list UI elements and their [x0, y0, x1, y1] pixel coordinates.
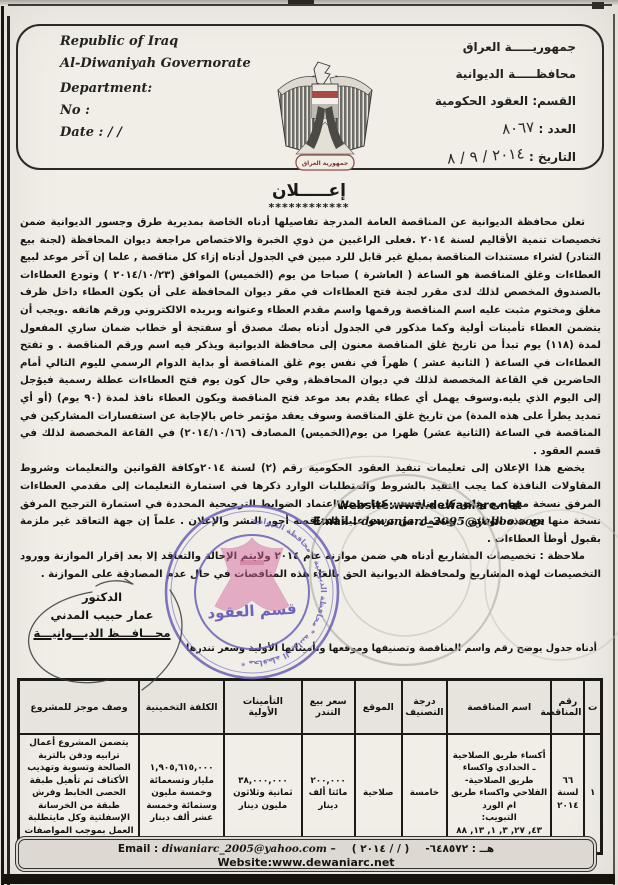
footer-email-label: Email :: [118, 843, 162, 855]
number-label: العدد :: [539, 122, 576, 136]
signature-role: محـــافـــظ الديـــوانيـــة: [26, 624, 178, 642]
email-address: dewaniarc_2005@yahoo.com: [361, 514, 545, 528]
signature-block: الدكتور عمار حبيب المدني محـــافـــظ الد…: [26, 588, 178, 642]
scan-edge-bottom: [3, 874, 615, 884]
col-estimated-cost: الكلفة التخمينية: [139, 680, 224, 735]
scan-edge-left-inner: [7, 16, 10, 885]
website-line: Website:www.dewaniarc.net: [295, 497, 563, 513]
date-label: التاريخ :: [529, 150, 576, 164]
signature-title: الدكتور: [26, 588, 178, 606]
letterhead-box: Republic of Iraq Al-Diwaniyah Governorat…: [16, 24, 604, 170]
scan-edge-top-line: [8, 4, 612, 6]
col-serial: ت: [584, 680, 601, 735]
iraq-eagle-emblem: جمهورية العراق: [272, 54, 378, 188]
footer-email-address: diwaniarc_2005@yahoo.com: [162, 843, 327, 855]
footer-email-dash: –: [327, 843, 336, 855]
letterhead-en-governorate: Al-Diwaniyah Governorate: [60, 56, 251, 71]
signature-name: عمار حبيب المدني: [26, 606, 178, 624]
footer-website: Website:www.dewaniarc.net: [19, 856, 593, 869]
letterhead-ar-number-line: العدد : ٨٠٦٧: [435, 115, 576, 143]
email-line: Email : dewaniarc_2005@yahoo.com: [295, 513, 563, 529]
footer-contact-box: Email : diwaniarc_2005@yahoo.com – ( ٢٠١…: [15, 836, 597, 872]
number-handwritten: ٨٠٦٧: [501, 114, 535, 143]
announcement-title: إعـــــلان: [0, 181, 618, 201]
col-classification: درجة التصنيف: [402, 680, 447, 735]
title-divider-stars: ************: [0, 201, 618, 214]
table-header-row: ت رقم المناقصة اسم المناقصة درجة التصنيف…: [19, 680, 602, 735]
letterhead-en-date: Date : / /: [60, 125, 251, 140]
letterhead-arabic: جمهوريـــــة العراق محافظـــــة الديواني…: [435, 34, 576, 171]
letterhead-ar-governorate: محافظـــــة الديوانية: [435, 61, 576, 88]
scanned-document-page: Republic of Iraq Al-Diwaniyah Governorat…: [0, 0, 618, 885]
letterhead-ar-country: جمهوريـــــة العراق: [435, 34, 576, 61]
scan-artifact-top-right: [592, 2, 604, 9]
letterhead-en-country: Republic of Iraq: [60, 34, 251, 49]
email-label: Email :: [313, 514, 361, 528]
contact-block: Website:www.dewaniarc.net Email : dewani…: [295, 497, 563, 529]
scan-edge-left-outer: [1, 6, 4, 885]
paragraph-main: تعلن محافظة الديوانية عن المناقصة العامة…: [20, 214, 601, 460]
letterhead-english: Republic of Iraq Al-Diwaniyah Governorat…: [60, 34, 251, 147]
letterhead-en-department: Department:: [60, 81, 251, 96]
col-location: الموقع: [355, 680, 402, 735]
emblem-banner-text: جمهورية العراق: [302, 160, 348, 167]
col-tender-number: رقم المناقصة: [551, 680, 584, 735]
col-project-description: وصف موجز للمشروع: [19, 680, 140, 735]
scan-edge-right: [613, 14, 615, 885]
footer-line1: Email : diwaniarc_2005@yahoo.com – ( ٢٠١…: [19, 843, 593, 855]
table-caption: أدناه جدول يوضح رقم واسم المناقصة وتصنيف…: [185, 643, 598, 654]
footer-email: Email : diwaniarc_2005@yahoo.com –: [118, 843, 336, 855]
paragraph-note: ملاحظة : تخصيصات المشاريع أدناه هي ضمن م…: [20, 548, 601, 583]
footer-date-blank: ( ٢٠١٤ / / ): [352, 843, 410, 855]
letterhead-en-number: No :: [60, 103, 251, 118]
letterhead-ar-section: القسم: العقود الحكومية: [435, 88, 576, 115]
col-tender-name: اسم المناقصة: [447, 680, 551, 735]
scan-artifact-top: [288, 0, 314, 4]
tender-table: ت رقم المناقصة اسم المناقصة درجة التصنيف…: [17, 678, 603, 855]
date-handwritten: ٢٠١٤ / ٩ / ٨: [446, 140, 525, 172]
col-initial-deposits: التأمينات الأولية: [224, 680, 301, 735]
letterhead-ar-date-line: التاريخ : ٢٠١٤ / ٩ / ٨: [435, 143, 576, 171]
stamp-department-label: قسم العقود: [207, 600, 297, 623]
col-tender-price: سعر بيع التندر: [302, 680, 355, 735]
footer-phone: هــ : ٦٤٨٥٧٢-: [425, 843, 494, 855]
